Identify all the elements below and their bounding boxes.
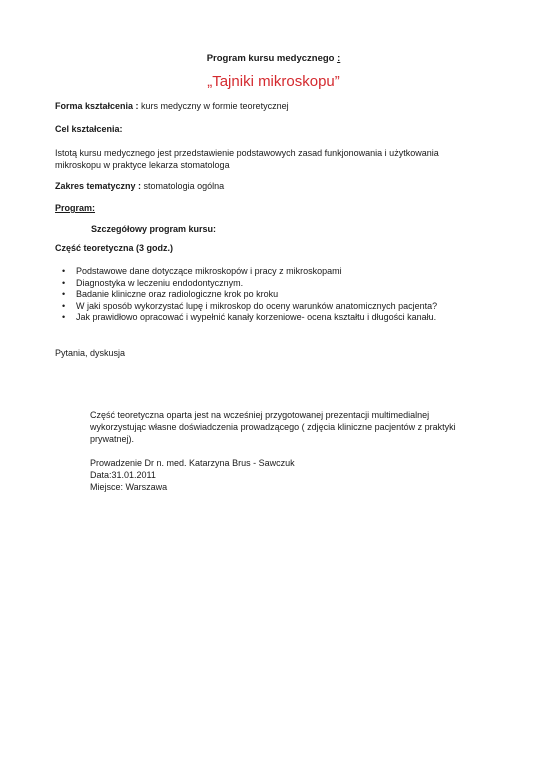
cel-line-1: Istotą kursu medycznego jest przedstawie… (55, 148, 439, 159)
note-line-2: wykorzystując własne doświadczenia prowa… (90, 422, 456, 433)
zakres-value: stomatologia ogólna (141, 181, 224, 191)
questions: Pytania, dyskusja (55, 348, 125, 359)
note-line-1: Część teoretyczna oparta jest na wcześni… (90, 410, 429, 421)
list-item: W jaki sposób wykorzystać lupę i mikrosk… (76, 301, 437, 313)
date: Data:31.01.2011 (90, 470, 156, 481)
document-header: Program kursu medycznego : (0, 53, 547, 64)
forma-label: Forma kształcenia : (55, 101, 139, 111)
list-item: Diagnostyka w leczeniu endodontycznym. (76, 278, 437, 290)
cel-label: Cel kształcenia: (55, 124, 123, 135)
zakres-tematyczny: Zakres tematyczny : stomatologia ogólna (55, 181, 224, 192)
program-label: Program: (55, 203, 95, 214)
zakres-label: Zakres tematyczny : (55, 181, 141, 191)
list-item: Badanie kliniczne oraz radiologiczne kro… (76, 289, 437, 301)
forma-value: kurs medyczny w formie teoretycznej (139, 101, 289, 111)
note-line-3: prywatnej). (90, 434, 134, 445)
lecturer: Prowadzenie Dr n. med. Katarzyna Brus - … (90, 458, 295, 469)
cel-line-2: mikroskopu w praktyce lekarza stomatolog… (55, 160, 230, 171)
header-label: Program kursu medycznego (207, 53, 335, 64)
place: Miejsce: Warszawa (90, 482, 167, 493)
program-items: Podstawowe dane dotyczące mikroskopów i … (62, 266, 437, 324)
course-title: „Tajniki mikroskopu” (0, 73, 547, 90)
header-colon: : (337, 53, 340, 64)
list-item: Podstawowe dane dotyczące mikroskopów i … (76, 266, 437, 278)
list-item: Jak prawidłowo opracować i wypełnić kana… (76, 312, 437, 324)
section-title: Część teoretyczna (3 godz.) (55, 243, 173, 254)
program-subtitle: Szczegółowy program kursu: (91, 224, 216, 235)
forma-ksztalcenia: Forma kształcenia : kurs medyczny w form… (55, 101, 289, 112)
